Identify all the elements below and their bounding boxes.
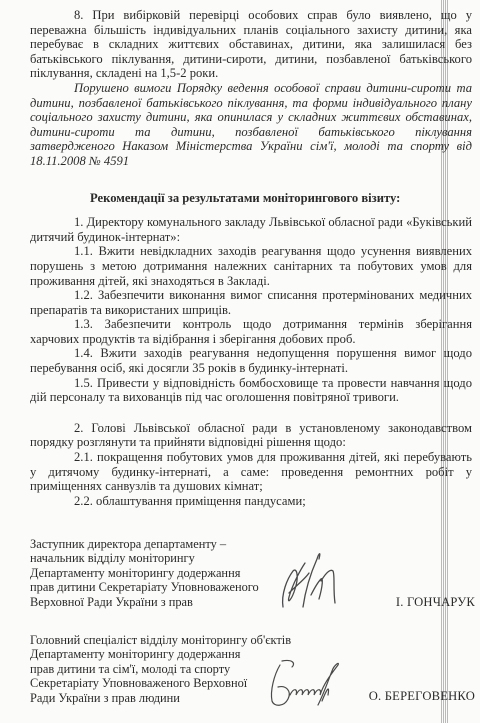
title-line: Заступник директора департаменту – — [30, 537, 310, 551]
section-8-paragraph: 8. При вибірковій перевірці особових спр… — [30, 8, 472, 81]
title-line: прав дитини Секретаріату Уповноваженого — [30, 580, 310, 594]
spacer — [30, 405, 472, 421]
signatory-name: О. БЕРЕГОВЕНКО — [369, 689, 475, 703]
title-line: начальник відділу моніторингу — [30, 551, 310, 565]
document-body: 8. При вибірковій перевірці особових спр… — [30, 8, 472, 508]
recommendation-1-2: 1.2. Забезпечити виконання вимог списанн… — [30, 288, 472, 317]
signature-block-beregovenko: Головний спеціаліст відділу моніторингу … — [30, 633, 475, 705]
recommendation-1-4: 1.4. Вжити заходів реагування недопущенн… — [30, 346, 472, 375]
signatory-name: І. ГОНЧАРУК — [396, 595, 475, 609]
recommendations-heading: Рекомендації за результатами моніторинго… — [30, 191, 472, 206]
recommendation-2-1: 2.1. покращення побутових умов для прожи… — [30, 450, 472, 494]
title-line: Верховної Ради України з прав — [30, 595, 310, 609]
title-line: Департаменту моніторингу додержання — [30, 566, 310, 580]
handwritten-signature-icon — [275, 549, 345, 611]
recommendation-1-1: 1.1. Вжити невідкладних заходів реагуван… — [30, 244, 472, 288]
handwritten-signature-icon — [262, 655, 352, 711]
recommendation-1-5: 1.5. Привести у відповідність бомбосхови… — [30, 376, 472, 405]
recommendation-2-2: 2.2. облаштування приміщення пандусами; — [30, 494, 472, 509]
recommendation-1: 1. Директору комунального закладу Львівс… — [30, 215, 472, 244]
recommendation-2: 2. Голові Львівської обласної ради в уст… — [30, 421, 472, 450]
violation-note: Порушено вимоги Порядку ведення особової… — [30, 81, 472, 169]
recommendation-1-3: 1.3. Забезпечити контроль щодо дотриманн… — [30, 317, 472, 346]
document-page: 8. При вибірковій перевірці особових спр… — [0, 0, 480, 723]
title-line: Головний спеціаліст відділу моніторингу … — [30, 633, 310, 647]
signatory-title: Заступник директора департаменту – начал… — [30, 537, 310, 609]
signature-block-goncharuk: Заступник директора департаменту – начал… — [30, 537, 475, 609]
